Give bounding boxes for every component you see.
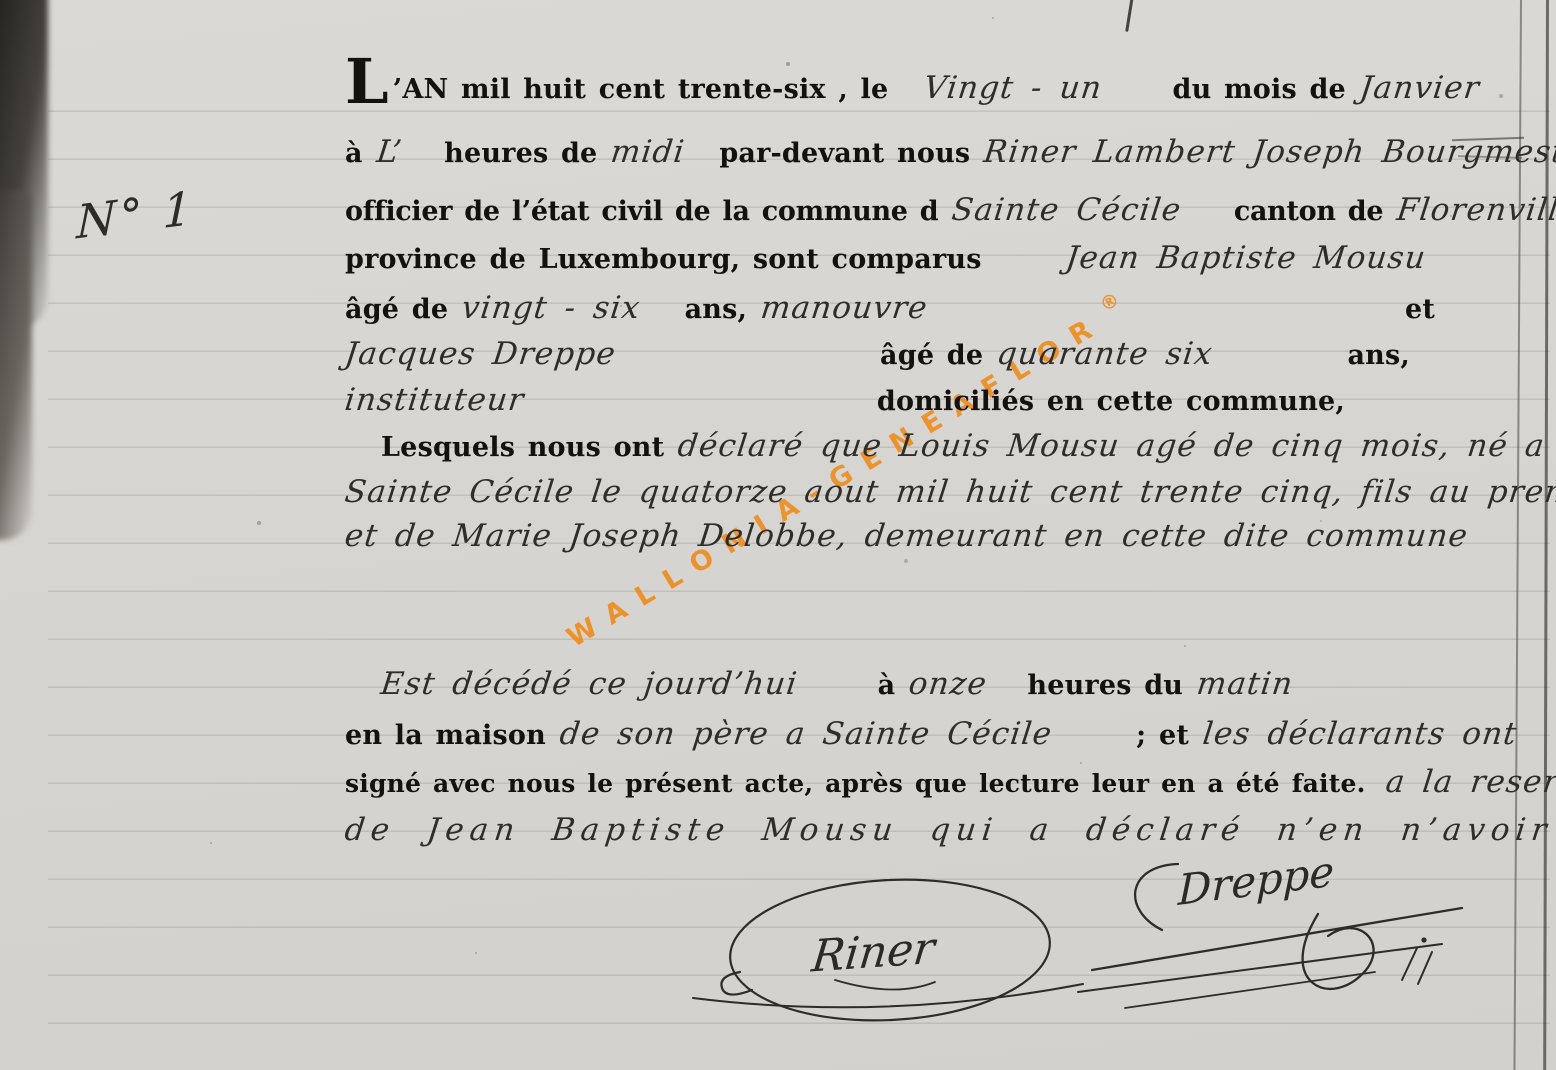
printed-form-text: du mois de bbox=[1173, 74, 1346, 105]
printed-form-text: heures du bbox=[1027, 670, 1183, 701]
handwritten-text: instituteur bbox=[343, 382, 527, 418]
handwritten-text: et de Marie Joseph Delobbe, demeurant en… bbox=[343, 518, 1471, 554]
handwritten-text: Janvier bbox=[1358, 70, 1482, 106]
document-line: àL’heures demidipar-devant nousRiner Lam… bbox=[345, 134, 1495, 170]
handwritten-text: de son père a Sainte Cécile bbox=[558, 716, 1055, 752]
signature-officer: Riner bbox=[685, 862, 1095, 1051]
document-line: de Jean Baptiste Mousu qui a déclaré n’e… bbox=[345, 812, 1495, 848]
handwritten-text: Est décédé ce jourd’hui bbox=[379, 666, 800, 702]
handwritten-text: a la reserve . bbox=[1383, 764, 1556, 800]
handwritten-text: matin bbox=[1195, 666, 1296, 702]
document-line: âgé devingt - sixans,manouvreet bbox=[345, 290, 1495, 326]
printed-form-text: ans, bbox=[685, 294, 748, 325]
signature-officer-name: Riner bbox=[808, 923, 939, 983]
document-line: et de Marie Joseph Delobbe, demeurant en… bbox=[345, 518, 1495, 554]
printed-form-text: à bbox=[345, 138, 363, 169]
handwritten-text: Sainte Cécile le quatorze aout mil huit … bbox=[343, 474, 1556, 510]
printed-form-text: âgé de bbox=[880, 340, 983, 371]
handwritten-text: de Jean Baptiste Mousu qui a déclaré n’e… bbox=[343, 812, 1556, 848]
printed-form-text: et bbox=[1405, 294, 1435, 325]
document-line: Sainte Cécile le quatorze aout mil huit … bbox=[345, 474, 1495, 510]
printed-form-text: ’AN mil huit cent trente-six , le bbox=[393, 74, 889, 105]
document-line: Lesquels nous ontdéclaré que Louis Mousu… bbox=[345, 428, 1531, 464]
printed-form-text: province de Luxembourg, sont comparus bbox=[345, 244, 982, 275]
document-line: L’AN mil huit cent trente-six , leVingt … bbox=[345, 70, 1495, 106]
handwritten-text: Riner Lambert Joseph Bourgmestre bbox=[982, 134, 1556, 170]
handwritten-text: déclaré que Louis Mousu agé de cinq mois… bbox=[676, 428, 1547, 464]
document-line: signé avec nous le présent acte, après q… bbox=[345, 764, 1495, 800]
handwritten-text: les déclarants ont bbox=[1201, 716, 1520, 752]
printed-form-text: ans, bbox=[1347, 340, 1410, 371]
handwritten-text: Jean Baptiste Mousu bbox=[1063, 240, 1428, 276]
printed-form-text: domiciliés en cette commune, bbox=[877, 386, 1345, 417]
scanned-document-page: N° 1 WALLONIA-GENEAFLOR® L’AN mil huit c… bbox=[0, 0, 1556, 1070]
handwritten-text: Jacques Dreppe bbox=[343, 336, 618, 372]
printed-form-text: heures de bbox=[444, 138, 597, 169]
printed-form-text: à bbox=[878, 670, 896, 701]
scan-gutter-shadow-bottom bbox=[0, 190, 32, 540]
printed-form-text: Lesquels nous ont bbox=[381, 432, 664, 463]
document-line: Est décédé ce jourd’huiàonzeheures dumat… bbox=[345, 666, 1531, 702]
handwritten-text: midi bbox=[609, 134, 687, 170]
document-line: officier de l’état civil de la commune d… bbox=[345, 192, 1495, 228]
document-line: province de Luxembourg, sont comparusJea… bbox=[345, 240, 1495, 276]
paper-speckles bbox=[0, 0, 2, 2]
handwritten-text: Vingt - un bbox=[922, 70, 1105, 106]
printed-form-text: par-devant nous bbox=[719, 138, 970, 169]
document-line: Jacques Dreppeâgé dequarante sixans, bbox=[345, 336, 1495, 372]
handwritten-text: onze bbox=[907, 666, 990, 702]
handwritten-text: vingt - six bbox=[460, 290, 643, 326]
printed-form-text: âgé de bbox=[345, 294, 448, 325]
printed-form-text: en la maison bbox=[345, 720, 546, 751]
signature-witness-name: Dreppe bbox=[1177, 852, 1335, 915]
printed-form-text: signé avec nous le présent acte, après q… bbox=[345, 769, 1366, 798]
printed-form-text: officier de l’état civil de la commune d bbox=[345, 196, 938, 227]
printed-form-text: ; et bbox=[1136, 720, 1189, 751]
printed-form-text: canton de bbox=[1234, 196, 1383, 227]
document-line: en la maisonde son père a Sainte Cécile;… bbox=[345, 716, 1495, 752]
stray-ink-mark bbox=[1125, 0, 1134, 32]
act-number-margin-note: N° 1 bbox=[76, 180, 195, 249]
scan-gutter-shadow bbox=[0, 0, 90, 620]
document-line: instituteurdomiciliés en cette commune, bbox=[345, 382, 1495, 418]
handwritten-text: Florenville bbox=[1395, 192, 1556, 228]
handwritten-text: L’ bbox=[374, 134, 404, 170]
signature-witness: Dreppe bbox=[1070, 852, 1490, 1031]
handwritten-text: quarante six bbox=[995, 336, 1215, 372]
handwritten-text: Sainte Cécile bbox=[950, 192, 1184, 228]
handwritten-text: manouvre bbox=[759, 290, 930, 326]
